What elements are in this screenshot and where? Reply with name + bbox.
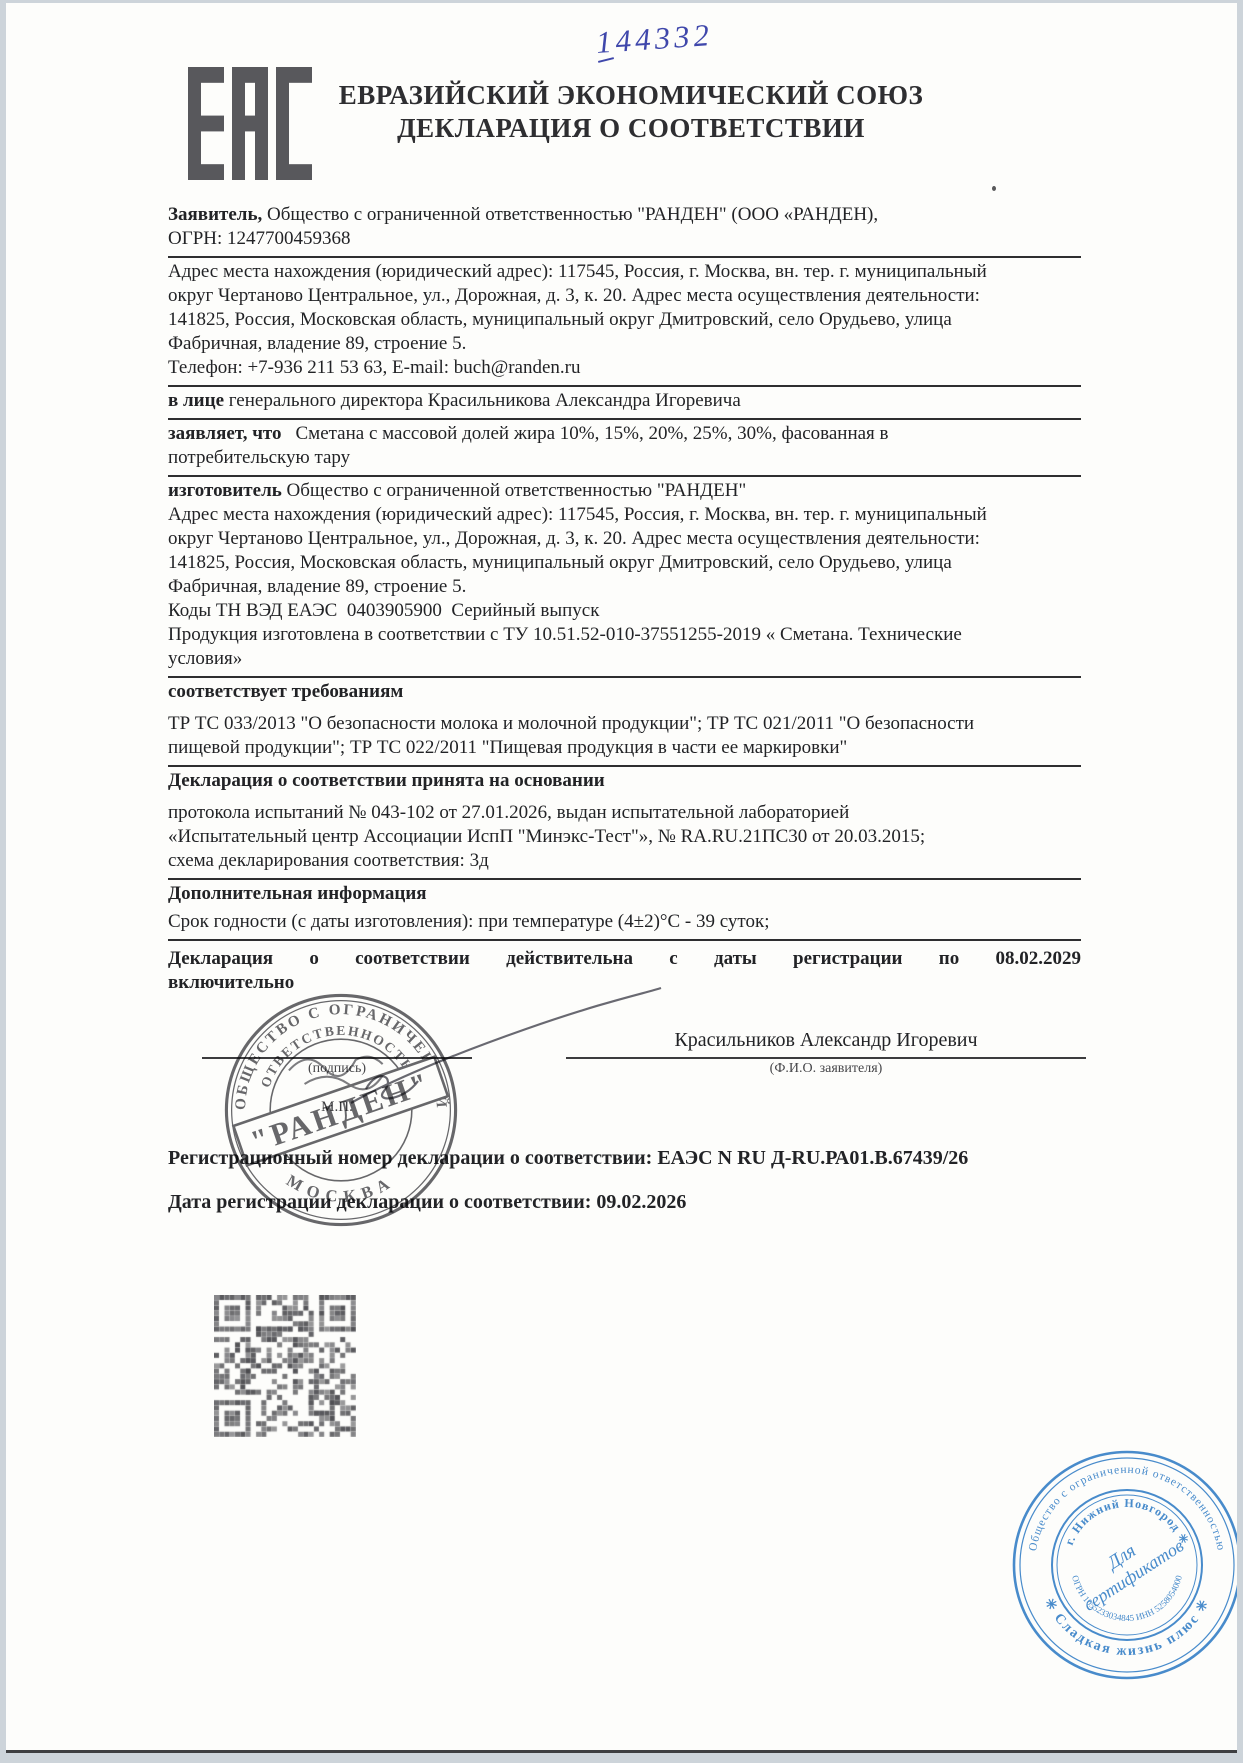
applicant-line: Заявитель, Общество с ограниченной ответ… (168, 203, 1081, 227)
section-manufacturer: изготовитель Общество с ограниченной отв… (168, 477, 1081, 678)
in-person-text: генерального директора Красильникова Але… (229, 390, 741, 411)
stamp-arc-bottom: МОСКВА (283, 1171, 398, 1206)
applicant-ogrn: ОГРН: 1247700459368 (168, 227, 1081, 251)
handwritten-number: 144332 (595, 17, 714, 61)
pen-signature (326, 971, 676, 1121)
protocol-text: протокола испытаний № 043-102 от 27.01.2… (168, 801, 1081, 873)
manufacturer-address: Адрес места нахождения (юридический адре… (168, 503, 1081, 599)
manufacturer-text: Общество с ограниченной ответственностью… (287, 480, 747, 501)
manufacturer-label: изготовитель (168, 480, 282, 501)
registration-date-value: 09.02.2026 (596, 1191, 686, 1213)
section-requirements: соответствует требованиям ТР ТС 033/2013… (168, 678, 1081, 767)
document-page: 144332 ЕВРАЗИЙСКИЙ ЭКОНОМИЧЕСКИЙ СОЮЗ ДЕ… (6, 3, 1237, 1753)
section-address: Адрес места нахождения (юридический адре… (168, 258, 1081, 387)
svg-text:МОСКВА: МОСКВА (283, 1171, 398, 1206)
section-basis: Декларация о соответствии принята на осн… (168, 767, 1081, 880)
validity-line-1: Декларация о соответствии действительна … (168, 947, 1081, 971)
section-declares: заявляет, чтоСметана с массовой долей жи… (168, 420, 1081, 477)
declares-line-2: потребительскую тару (168, 446, 1081, 470)
registration-number-value: ЕАЭС N RU Д-RU.РА01.В.67439/26 (657, 1147, 968, 1169)
title-line-1: ЕВРАЗИЙСКИЙ ЭКОНОМИЧЕСКИЙ СОЮЗ (281, 79, 981, 112)
declares-label: заявляет, что (168, 423, 282, 444)
basis-heading: Декларация о соответствии принята на осн… (168, 769, 1081, 793)
applicant-address: Адрес места нахождения (юридический адре… (168, 260, 1081, 356)
blue-stamp-center-line2: сертификатов (1080, 1535, 1188, 1615)
applicant-text: Общество с ограниченной ответственностью… (267, 204, 878, 225)
meets-heading: соответствует требованиям (168, 680, 1081, 704)
svg-text:✳ Сладкая жизнь плюс ✳: ✳ Сладкая жизнь плюс ✳ (1041, 1596, 1214, 1659)
title-line-2: ДЕКЛАРАЦИЯ О СООТВЕТСТВИИ (281, 112, 981, 145)
section-additional: Дополнительная информация Срок годности … (168, 880, 1081, 941)
document-title: ЕВРАЗИЙСКИЙ ЭКОНОМИЧЕСКИЙ СОЮЗ ДЕКЛАРАЦИ… (281, 79, 981, 145)
shelf-life-line: Срок годности (с даты изготовления): при… (168, 910, 1081, 934)
declares-text: Сметана с массовой долей жира 10%, 15%, … (296, 423, 889, 444)
section-applicant: Заявитель, Общество с ограниченной ответ… (168, 201, 1081, 258)
declares-line-1: заявляет, чтоСметана с массовой долей жи… (168, 422, 1081, 446)
additional-heading: Дополнительная информация (168, 882, 1081, 906)
document-body: Заявитель, Общество с ограниченной ответ… (168, 201, 1081, 1000)
manufacturer-line: изготовитель Общество с ограниченной отв… (168, 479, 1081, 503)
applicant-label: Заявитель, (168, 204, 262, 225)
tnved-line: Коды ТН ВЭД ЕАЭС 0403905900 Серийный вып… (168, 599, 1081, 623)
blue-stamp: Общество с ограниченной ответственностью… (1003, 1441, 1237, 1689)
product-standard: Продукция изготовлена в соответствии с Т… (168, 623, 1081, 671)
qr-code (214, 1295, 356, 1437)
phone-line: Телефон: +7-936 211 53 63, E-mail: buch@… (168, 356, 1081, 380)
in-person-label: в лице (168, 390, 224, 411)
in-person-line: в лице генерального директора Красильник… (168, 389, 1081, 413)
ink-speck (992, 186, 996, 191)
scanned-declaration-document: { "scan": { "handwritten_number": "14433… (0, 0, 1243, 1763)
section-in-person: в лице генерального директора Красильник… (168, 387, 1081, 420)
blue-stamp-arc-outer-bottom: ✳ Сладкая жизнь плюс ✳ (1041, 1596, 1214, 1659)
tr-regulations: ТР ТС 033/2013 "О безопасности молока и … (168, 712, 1081, 760)
